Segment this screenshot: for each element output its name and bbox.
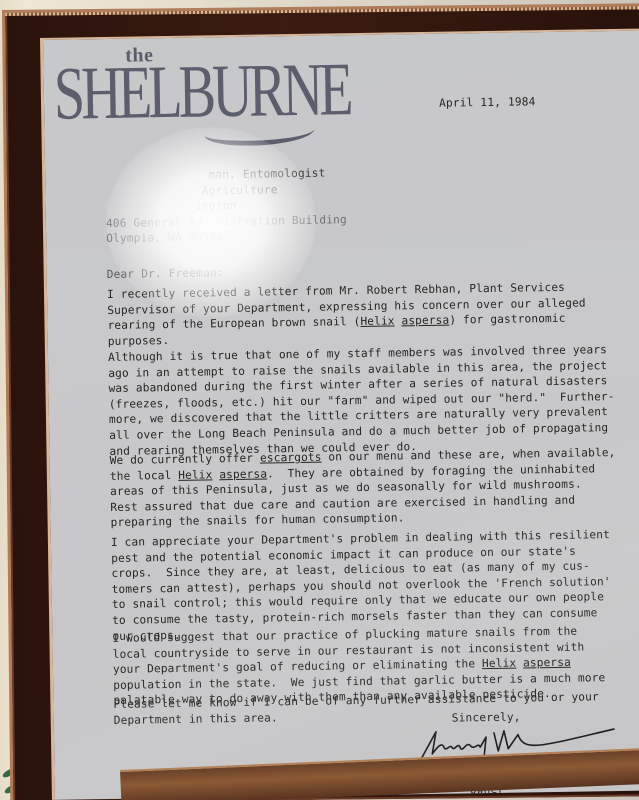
letter-page: the SHELBURNE April 11, 1984 Dr. Robert … [40,28,639,800]
letterhead-swash [204,118,314,147]
recipient-address: Dr. Robert Freeman, EntomologistDepartme… [105,165,347,246]
letter-date: April 11, 1984 [439,94,536,111]
salutation: Dear Dr. Freeman: [107,265,224,282]
body-paragraph: I recently received a letter from Mr. Ro… [107,279,628,350]
body-paragraph: Although it is true that one of my staff… [108,342,630,459]
body-paragraph: We do currently offer escargots on our m… [110,445,631,531]
address-line: Olympia, WA 98504 [106,227,347,246]
